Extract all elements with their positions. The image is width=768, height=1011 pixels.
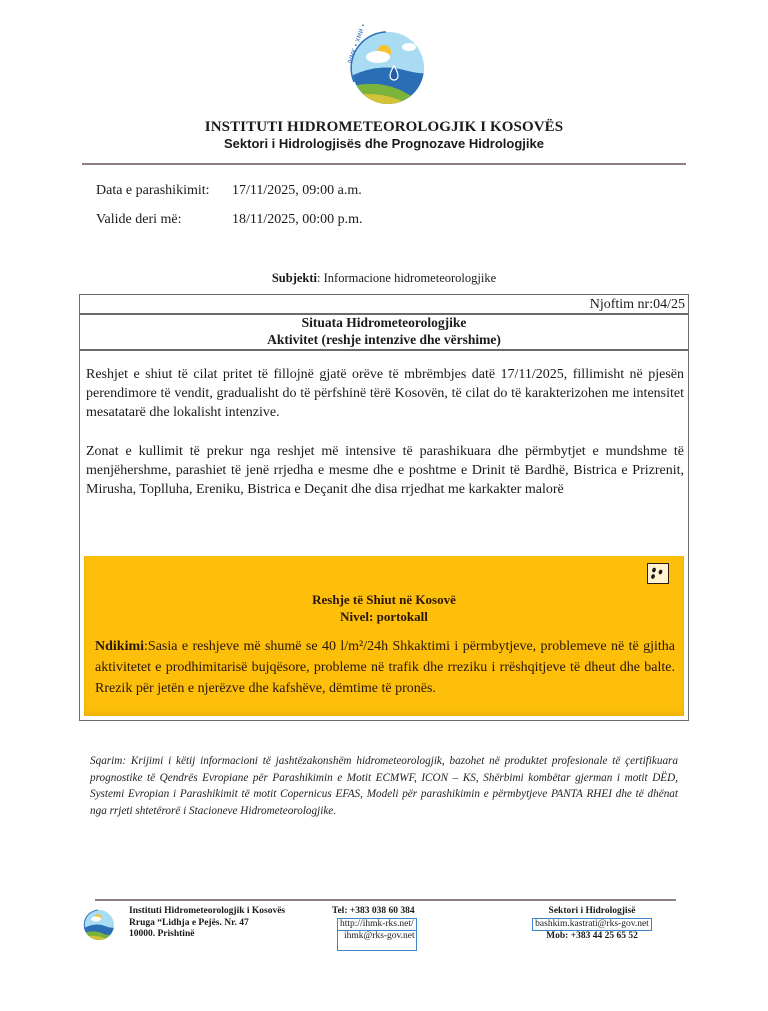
alert-impact: Ndikimi:Sasia e reshjeve më shumë se 40 … [95,636,675,699]
ihmk-logo-icon: IHMK • ХМИ • HMIK [334,22,434,110]
footer-tel: Tel: +383 038 60 384 [332,906,417,918]
sector-email-link[interactable]: bashkim.kastrati@rks-gov.net [532,918,652,932]
notice-number: Njoftim nr:04/25 [590,297,685,313]
footer-divider [95,899,676,901]
footer-org-name: Instituti Hidrometeorologjik i Kosovës [129,906,285,918]
subject-value: : Informacione hidrometeorologjike [317,271,496,285]
footer-sector-contact: Sektori i Hidrologjisë bashkim.kastrati@… [520,906,664,943]
alert-title: Reshje të Shiut në Kosovë [84,592,684,608]
situation-subtitle: Aktivitet (reshje intenzive dhe vërshime… [79,332,689,348]
footer-sector-name: Sektori i Hidrologjisë [520,906,664,918]
forecast-paragraph: Reshjet e shiut të cilat pritet të fillo… [86,365,684,422]
website-link[interactable]: http://ihmk-rks.net/ [337,918,417,932]
footer-org-street: Rruga “Lidhja e Pejës. Nr. 47 [129,918,285,930]
forecast-date-value: 17/11/2025, 09:00 a.m. [232,183,362,199]
impact-text: :Sasia e reshjeve më shumë se 40 l/m²/24… [95,639,675,696]
rain-drops-icon [647,563,669,584]
forecast-date-label: Data e parashikimit: [96,183,210,199]
valid-until-value: 18/11/2025, 00:00 p.m. [232,212,363,228]
impact-label: Ndikimi [95,639,144,654]
email-box: ihmk@rks-gov.net [337,931,417,951]
situation-title: Situata Hidrometeorologjike [79,315,689,331]
ihmk-logo-small-icon [80,907,116,943]
subject-label: Subjekti [272,271,317,285]
footer-org-city: 10000. Prishtinë [129,929,285,941]
email-link[interactable]: ihmk@rks-gov.net [344,931,415,941]
institute-title: INSTITUTI HIDROMETEOROLOGJIK I KOSOVËS [0,119,768,136]
notice-row-divider [79,349,689,351]
sector-subtitle: Sektori i Hidrologjisës dhe Prognozave H… [0,136,768,151]
subject-line: Subjekti: Informacione hidrometeorologji… [0,271,768,286]
header-divider [82,163,686,165]
footer-contact: Tel: +383 038 60 384 http://ihmk-rks.net… [332,906,417,951]
disclaimer-note: Sqarim: Krijimi i këtij informacioni të … [90,753,678,819]
affected-areas-paragraph: Zonat e kullimit të prekur nga reshjet m… [86,442,684,499]
footer-org-address: Instituti Hidrometeorologjik i Kosovës R… [129,906,285,941]
alert-level: Nivel: portokall [84,609,684,625]
sector-mobile: Mob: +383 44 25 65 52 [520,931,664,943]
valid-until-label: Valide deri më: [96,212,182,228]
